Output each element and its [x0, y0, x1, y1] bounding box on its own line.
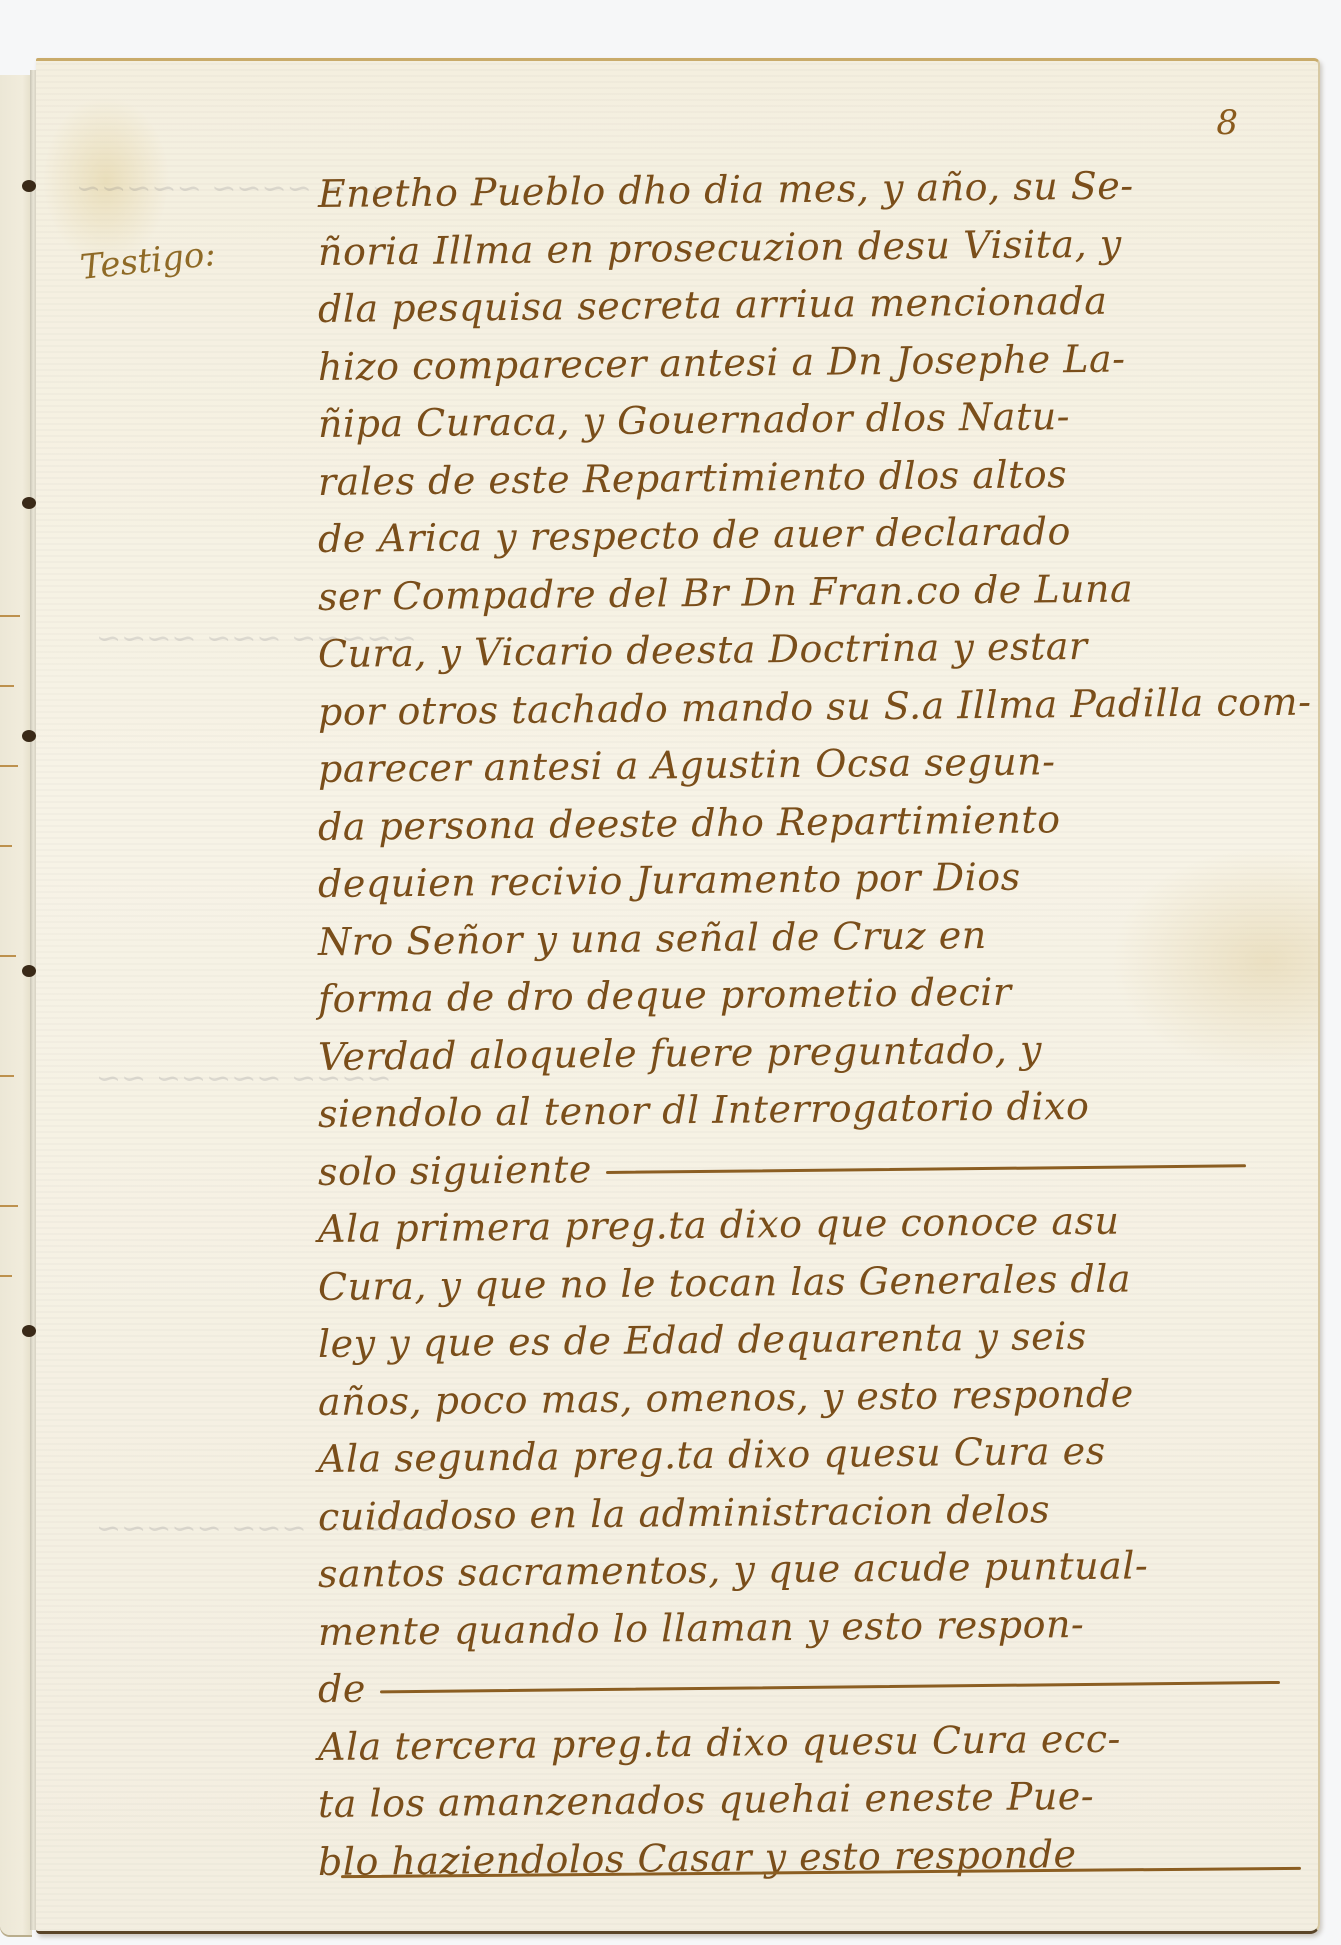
text-line: Cura, y que no le tocan las Generales dl… [318, 1248, 1309, 1316]
facing-page-ink-mark [0, 1075, 14, 1077]
text-line: ñipa Curaca, y Gouernador dlos Natu- [318, 386, 1309, 454]
facing-page-ink-mark [0, 615, 20, 617]
text-line: de Arica y respecto de auer declarado [318, 501, 1309, 569]
text-line: hizo comparecer antesi a Dn Josephe La- [318, 328, 1309, 396]
text-line: parecer antesi a Agustin Ocsa segun- [318, 731, 1309, 799]
ruled-line [606, 1164, 1246, 1174]
text-line-ruled: de [318, 1651, 1309, 1719]
text-line: por otros tachado mando su S.a Illma Pad… [318, 673, 1309, 741]
text-line: Cura, y Vicario deesta Doctrina y estar [318, 616, 1309, 684]
binding-stitch [22, 730, 36, 742]
facing-page-ink-mark [0, 765, 18, 767]
facing-page-ink-mark [0, 955, 16, 957]
manuscript-scan: ~~~ ~~~~ ~~~~~ ~~~~~ ~~~ ~~~~ ~~~~ ~~~~~… [0, 0, 1341, 1945]
manuscript-page: ~~~ ~~~~ ~~~~~ ~~~~~ ~~~ ~~~~ ~~~~ ~~~~~… [36, 58, 1320, 1934]
facing-page-ink-mark [0, 845, 12, 847]
text-line: siendolo al tenor dl Interrogatorio dixo [318, 1076, 1309, 1144]
text-line: ser Compadre del Br Dn Fran.co de Luna [318, 558, 1309, 626]
text-line: dla pesquisa secreta arriua mencionada [318, 271, 1309, 339]
text-line: años, poco mas, omenos, y esto responde [318, 1363, 1309, 1431]
text-line: Verdad aloquele fuere preguntado, y [318, 1018, 1309, 1086]
text-line: dequien recivio Juramento por Dios [318, 846, 1309, 914]
text-line-ruled: solo siguiente [318, 1133, 1309, 1201]
folio-number: 8 [1216, 103, 1238, 143]
manuscript-body: Enetho Pueblo dho dia mes, y año, su Se-… [318, 166, 1308, 1891]
binding-stitch [22, 1325, 36, 1337]
ruled-line [380, 1681, 1280, 1693]
text-line: forma de dro deque prometio decir [318, 961, 1309, 1029]
text-line: blo haziendolos Casar y esto responde [318, 1823, 1309, 1891]
text-line: Ala tercera preg.ta dixo quesu Cura ecc- [318, 1708, 1309, 1776]
text-line: santos sacramentos, y que acude puntual- [318, 1536, 1309, 1604]
text-line: ñoria Illma en prosecuzion desu Visita, … [318, 213, 1309, 281]
text-line: ley y que es de Edad dequarenta y seis [318, 1306, 1309, 1374]
facing-page-ink-mark [0, 1275, 12, 1277]
facing-page-ink-mark [0, 1205, 18, 1207]
binding-stitch [22, 497, 36, 509]
binding-stitch [22, 965, 36, 977]
text-line: da persona deeste dho Repartimiento [318, 788, 1309, 856]
text-line: Enetho Pueblo dho dia mes, y año, su Se- [318, 156, 1309, 224]
margin-note-testigo: Testigo: [78, 234, 217, 288]
text-line-content: solo siguiente [318, 1147, 592, 1194]
text-line-content: de [318, 1667, 366, 1711]
facing-page-edge [0, 75, 32, 1935]
text-line: mente quando lo llaman y esto respon- [318, 1593, 1309, 1661]
text-line: cuidadoso en la administracion delos [318, 1478, 1309, 1546]
text-line: Nro Señor y una señal de Cruz en [318, 903, 1309, 971]
text-line: rales de este Repartimiento dlos altos [318, 443, 1309, 511]
binding-stitch [22, 180, 36, 192]
text-line: Ala primera preg.ta dixo que conoce asu [318, 1191, 1309, 1259]
text-line: ta los amanzenados quehai eneste Pue- [318, 1766, 1309, 1834]
facing-page-ink-mark [0, 685, 14, 687]
text-line: Ala segunda preg.ta dixo quesu Cura es [318, 1421, 1309, 1489]
